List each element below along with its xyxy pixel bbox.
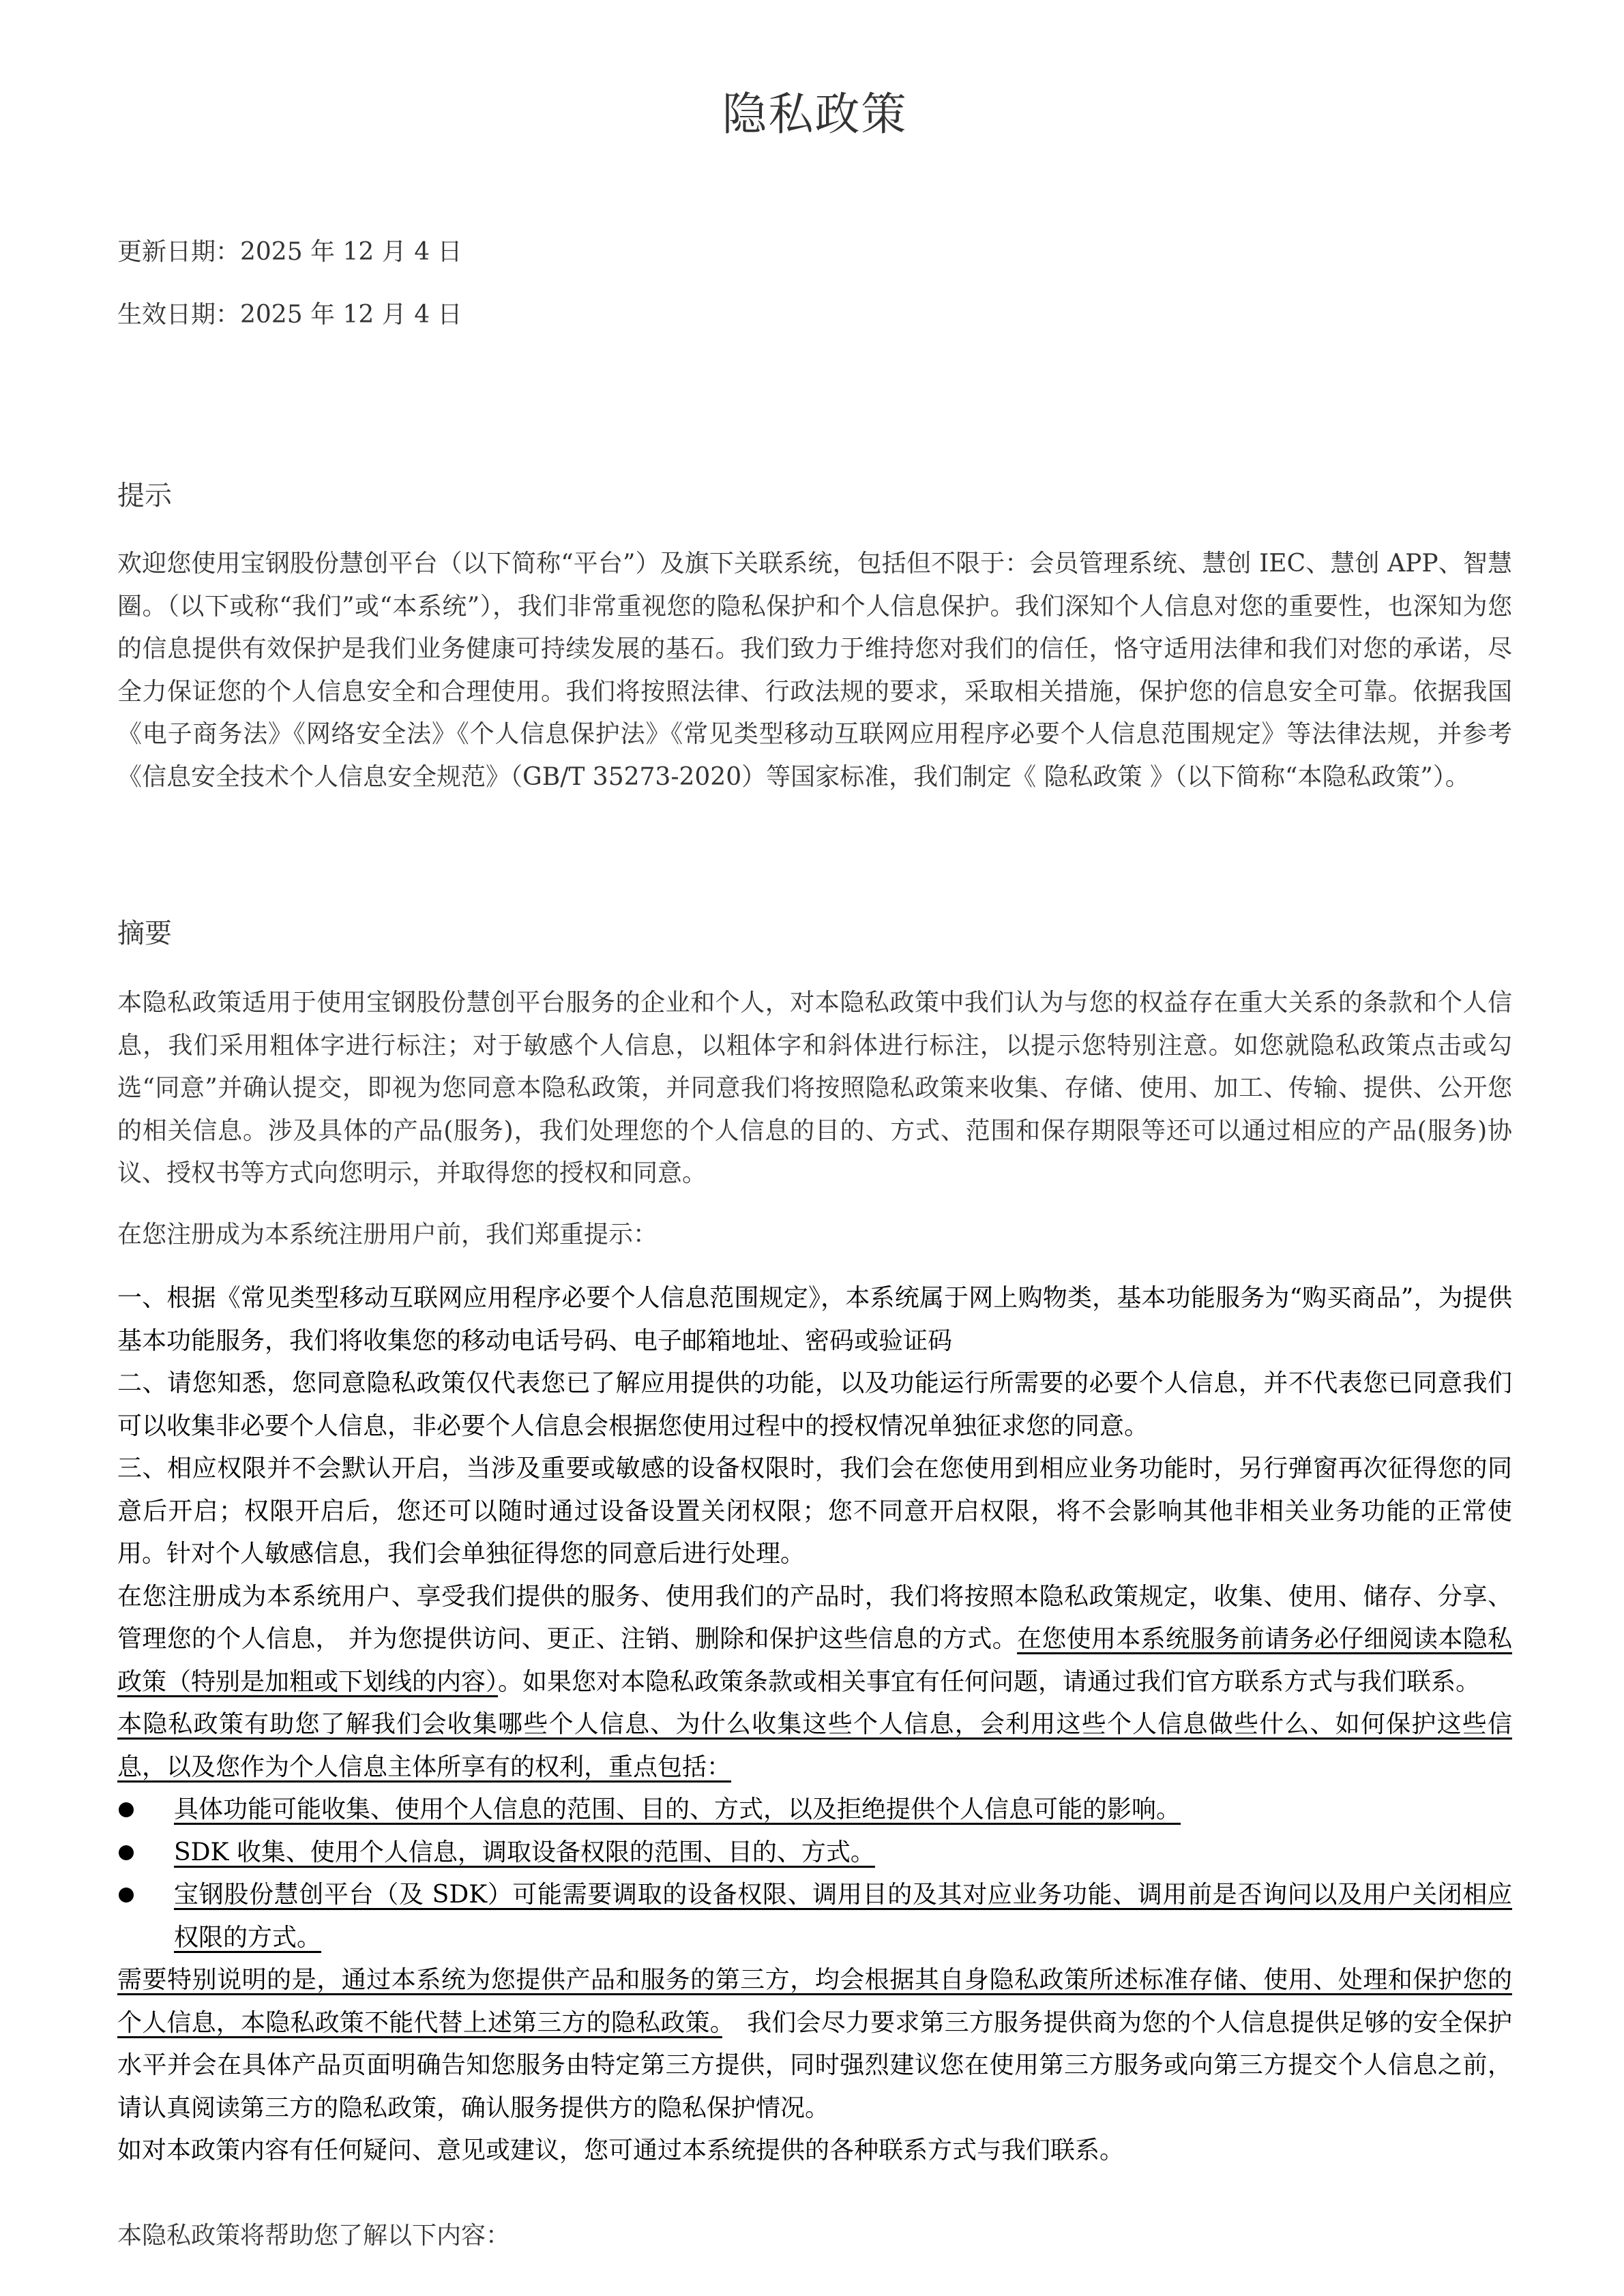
summary-heading: 摘要 (117, 916, 172, 951)
summary-intro-block: 本隐私政策适用于使用宝钢股份慧创平台服务的企业和个人，对本隐私政策中我们认为与您… (117, 982, 1512, 1195)
before-register-block: 在您注册成为本系统注册用户前，我们郑重提示： (117, 1214, 1512, 1257)
bullet-item: 宝钢股份慧创平台（及 SDK）可能需要调取的设备权限、调用目的及其对应业务功能、… (117, 1874, 1512, 1959)
notice-text: 欢迎您使用宝钢股份慧创平台（以下简称“平台”）及旗下关联系统，包括但不限于：会员… (117, 543, 1512, 799)
third-party-paragraph: 需要特别说明的是，通过本系统为您提供产品和服务的第三方，均会根据其自身隐私政策所… (117, 1959, 1512, 2130)
bullet-dot-icon (119, 1888, 134, 1903)
bullet-dot-icon (119, 1845, 134, 1860)
bullet-text: 具体功能可能收集、使用个人信息的范围、目的、方式，以及拒绝提供个人信息可能的影响… (174, 1795, 1181, 1823)
notice-heading: 提示 (117, 478, 172, 513)
helps-paragraph: 本隐私政策有助您了解我们会收集哪些个人信息、为什么收集这些个人信息，会利用这些个… (117, 1703, 1512, 1789)
bullet-dot-icon (119, 1802, 134, 1817)
point-1: 一、根据《常见类型移动互联网应用程序必要个人信息范围规定》，本系统属于网上购物类… (117, 1277, 1512, 1362)
bullet-text: SDK 收集、使用个人信息，调取设备权限的范围、目的、方式。 (174, 1838, 875, 1866)
page-title: 隐私政策 (117, 87, 1512, 142)
bullet-item: SDK 收集、使用个人信息，调取设备权限的范围、目的、方式。 (117, 1832, 1512, 1875)
update-date: 更新日期：2025 年 12 月 4 日 (117, 236, 462, 269)
before-register-text: 在您注册成为本系统注册用户前，我们郑重提示： (117, 1214, 1512, 1257)
key-points-block: 一、根据《常见类型移动互联网应用程序必要个人信息范围规定》，本系统属于网上购物类… (117, 1277, 1512, 2258)
notice-paragraph: 欢迎您使用宝钢股份慧创平台（以下简称“平台”）及旗下关联系统，包括但不限于：会员… (117, 543, 1512, 799)
key-bullet-list: 具体功能可能收集、使用个人信息的范围、目的、方式，以及拒绝提供个人信息可能的影响… (117, 1789, 1512, 1959)
summary-intro: 本隐私政策适用于使用宝钢股份慧创平台服务的企业和个人，对本隐私政策中我们认为与您… (117, 982, 1512, 1195)
contact-paragraph: 如对本政策内容有任何疑问、意见或建议，您可通过本系统提供的各种联系方式与我们联系… (117, 2130, 1512, 2173)
spacer (117, 2173, 1512, 2216)
point-3: 三、相应权限并不会默认开启，当涉及重要或敏感的设备权限时，我们会在您使用到相应业… (117, 1448, 1512, 1576)
toc-intro: 本隐私政策将帮助您了解以下内容： (117, 2215, 1512, 2258)
usage-paragraph: 在您注册成为本系统用户、享受我们提供的服务、使用我们的产品时，我们将按照本隐私政… (117, 1576, 1512, 1704)
usage-tail: 。如果您对本隐私政策条款或相关事宜有任何问题，请通过我们官方联系方式与我们联系。 (498, 1668, 1480, 1696)
point-2: 二、请您知悉，您同意隐私政策仅代表您已了解应用提供的功能，以及功能运行所需要的必… (117, 1362, 1512, 1448)
bullet-text: 宝钢股份慧创平台（及 SDK）可能需要调取的设备权限、调用目的及其对应业务功能、… (174, 1881, 1512, 1952)
helps-underlined: 本隐私政策有助您了解我们会收集哪些个人信息、为什么收集这些个人信息，会利用这些个… (117, 1710, 1512, 1781)
bullet-item: 具体功能可能收集、使用个人信息的范围、目的、方式，以及拒绝提供个人信息可能的影响… (117, 1789, 1512, 1832)
effective-date: 生效日期：2025 年 12 月 4 日 (117, 299, 462, 331)
